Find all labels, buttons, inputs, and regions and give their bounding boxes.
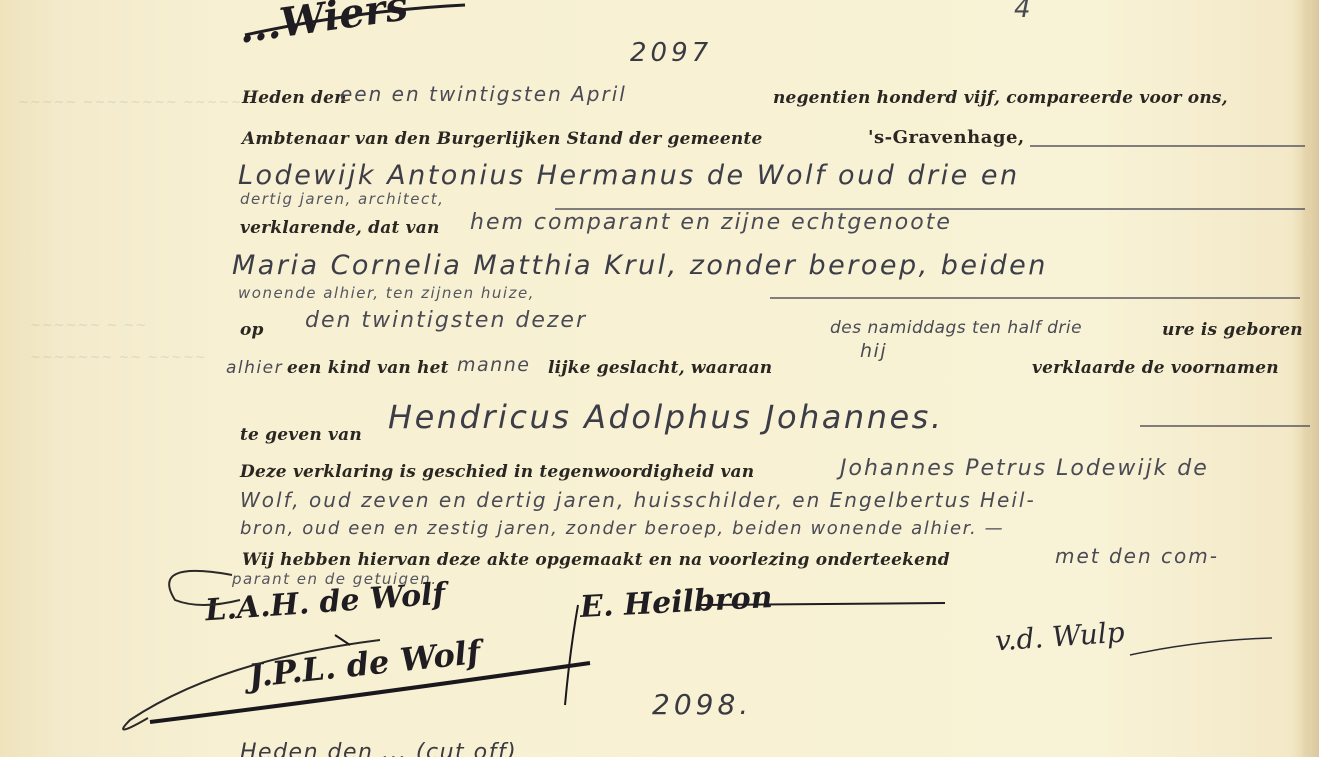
record-number-2098: 2098. <box>652 688 752 721</box>
next-record-partial-line: Heden den ... (cut off) <box>240 740 517 757</box>
register-page: ~~~~~ ~~~~~~~~ ~~~~~~~ ~~~~~~ ~ ~~ ~~~~~… <box>0 0 1319 757</box>
signature-flourishes <box>0 0 1319 757</box>
